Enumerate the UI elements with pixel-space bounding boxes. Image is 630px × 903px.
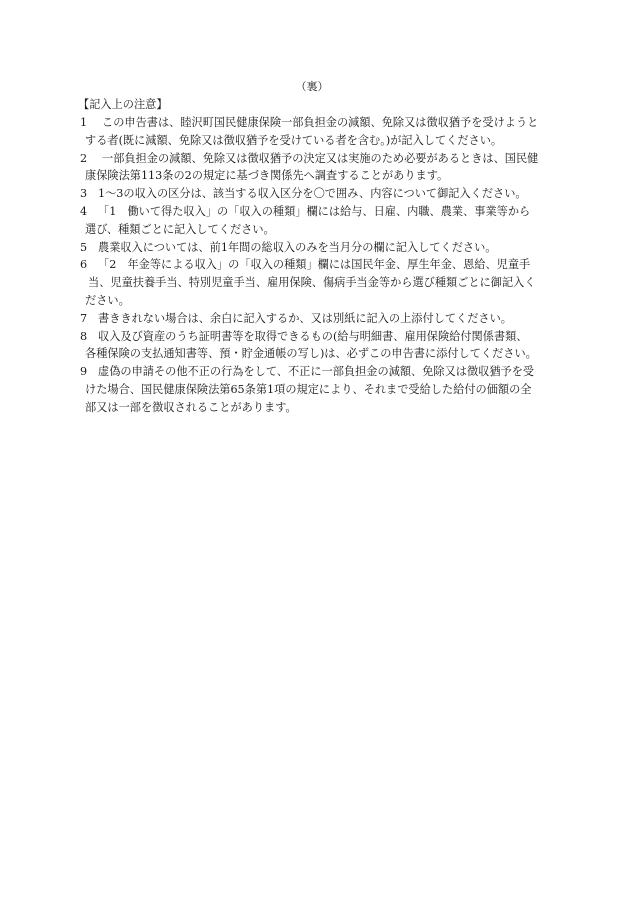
document-page: （裏） 【記入上の注意】 1 この申告書は、睦沢町国民健康保険一部負担金の減額、… — [0, 0, 630, 903]
note-item-7: 7 書ききれない場合は、余白に記入するか、又は別紙に記入の上添付してください。 — [78, 310, 546, 328]
note-line: 康保険法第113条の2の規定に基づき関係先へ調査することがあります。 — [85, 167, 546, 185]
notes-heading: 【記入上の注意】 — [78, 96, 546, 114]
note-item-5: 5 農業収入については、前1年間の総収入のみを当月分の欄に記入してください。 — [78, 239, 546, 257]
note-body: 収入及び資産のうち証明書等を取得できるもの(給与明細書、雇用保険給付関係書類、 … — [95, 328, 546, 364]
note-line: 虚偽の申請その他不正の行為をして、不正に一部負担金の減額、免除又は徴収猶予を受 — [95, 363, 546, 381]
note-line: 1～3の収入の区分は、該当する収入区分を〇で囲み、内容について御記入ください。 — [95, 185, 546, 203]
note-line: 部又は一部を徴収されることがあります。 — [85, 399, 546, 417]
note-line: 農業収入については、前1年間の総収入のみを当月分の欄に記入してください。 — [95, 239, 546, 257]
note-line: けた場合、国民健康保険法第65条第1項の規定により、それまで受給した給付の価額の… — [85, 381, 546, 399]
note-body: 1～3の収入の区分は、該当する収入区分を〇で囲み、内容について御記入ください。 — [95, 185, 546, 203]
note-body: 書ききれない場合は、余白に記入するか、又は別紙に記入の上添付してください。 — [95, 310, 546, 328]
note-item-6: 6 「2 年金等による収入」の「収入の種類」欄には国民年金、厚生年金、恩給、児童… — [78, 256, 546, 309]
note-number: 3 — [78, 185, 95, 203]
note-body: 虚偽の申請その他不正の行為をして、不正に一部負担金の減額、免除又は徴収猶予を受 … — [95, 363, 546, 416]
note-line: 「1 働いて得た収入」の「収入の種類」欄には給与、日雇、内職、農業、事業等から — [95, 203, 546, 221]
side-label-text: （裏） — [296, 80, 329, 93]
note-line: 当、児童扶養手当、特別児童手当、雇用保険、傷病手当金等から選び種類ごとに御記入く — [88, 274, 546, 292]
note-line: 選び、種類ごとに記入してください。 — [85, 221, 546, 239]
note-number: 5 — [78, 239, 95, 257]
note-line: この申告書は、睦沢町国民健康保険一部負担金の減額、免除又は徴収猶予を受けようと — [95, 114, 546, 132]
note-body: この申告書は、睦沢町国民健康保険一部負担金の減額、免除又は徴収猶予を受けようと … — [95, 114, 546, 150]
note-item-1: 1 この申告書は、睦沢町国民健康保険一部負担金の減額、免除又は徴収猶予を受けよう… — [78, 114, 546, 150]
page-side-label: （裏） — [0, 80, 630, 94]
note-body: 「2 年金等による収入」の「収入の種類」欄には国民年金、厚生年金、恩給、児童手 … — [95, 256, 546, 309]
note-line: 書ききれない場合は、余白に記入するか、又は別紙に記入の上添付してください。 — [95, 310, 546, 328]
note-line: 「2 年金等による収入」の「収入の種類」欄には国民年金、厚生年金、恩給、児童手 — [95, 256, 546, 274]
note-number: 7 — [78, 310, 95, 328]
note-item-8: 8 収入及び資産のうち証明書等を取得できるもの(給与明細書、雇用保険給付関係書類… — [78, 328, 546, 364]
note-line: 各種保険の支払通知書等、預・貯金通帳の写し)は、必ずこの申告書に添付してください… — [85, 345, 546, 363]
note-body: 農業収入については、前1年間の総収入のみを当月分の欄に記入してください。 — [95, 239, 546, 257]
note-item-9: 9 虚偽の申請その他不正の行為をして、不正に一部負担金の減額、免除又は徴収猶予を… — [78, 363, 546, 416]
note-item-4: 4 「1 働いて得た収入」の「収入の種類」欄には給与、日雇、内職、農業、事業等か… — [78, 203, 546, 239]
notes-section: 【記入上の注意】 1 この申告書は、睦沢町国民健康保険一部負担金の減額、免除又は… — [78, 96, 546, 417]
note-body: 「1 働いて得た収入」の「収入の種類」欄には給与、日雇、内職、農業、事業等から … — [95, 203, 546, 239]
note-line: 一部負担金の減額、免除又は徴収猶予の決定又は実施のため必要があるときは、国民健 — [95, 150, 546, 168]
note-item-3: 3 1～3の収入の区分は、該当する収入区分を〇で囲み、内容について御記入ください… — [78, 185, 546, 203]
note-line: ださい。 — [85, 292, 546, 310]
note-line: する者(既に減額、免除又は徴収猶予を受けている者を含む。)が記入してください。 — [85, 132, 546, 150]
note-body: 一部負担金の減額、免除又は徴収猶予の決定又は実施のため必要があるときは、国民健 … — [95, 150, 546, 186]
note-line: 収入及び資産のうち証明書等を取得できるもの(給与明細書、雇用保険給付関係書類、 — [95, 328, 546, 346]
note-item-2: 2 一部負担金の減額、免除又は徴収猶予の決定又は実施のため必要があるときは、国民… — [78, 150, 546, 186]
